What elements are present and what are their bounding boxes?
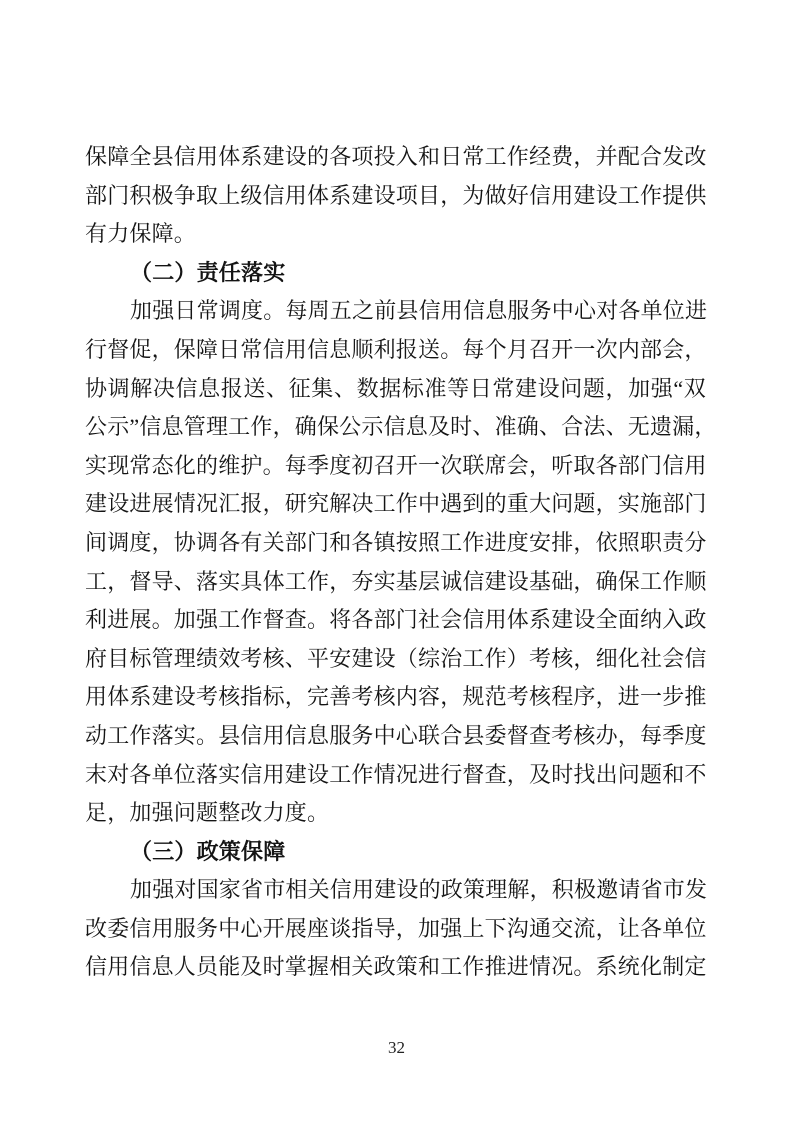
section-heading-3: （三）政策保障 [85,833,706,872]
body-line: 府目标管理绩效考核、平安建设（综治工作）考核，细化社会信 [85,640,706,679]
body-line: 信用信息人员能及时掌握相关政策和工作推进情况。系统化制定 [85,948,706,987]
body-line: 协调解决信息报送、征集、数据标准等日常建设问题，加强“双 [85,370,706,409]
body-line: 动工作落实。县信用信息服务中心联合县委督查考核办，每季度 [85,717,706,756]
text-block: 保障全县信用体系建设的各项投入和日常工作经费，并配合发改 部门积极争取上级信用体… [85,138,706,987]
body-line: 加强对国家省市相关信用建设的政策理解，积极邀请省市发 [85,871,706,910]
body-line: 改委信用服务中心开展座谈指导，加强上下沟通交流，让各单位 [85,910,706,949]
body-line: 有力保障。 [85,215,706,254]
section-heading-2: （二）责任落实 [85,254,706,293]
body-line: 间调度，协调各有关部门和各镇按照工作进度安排，依照职责分 [85,524,706,563]
body-line: 部门积极争取上级信用体系建设项目，为做好信用建设工作提供 [85,177,706,216]
body-line: 行督促，保障日常信用信息顺利报送。每个月召开一次内部会， [85,331,706,370]
body-line: 工，督导、落实具体工作，夯实基层诚信建设基础，确保工作顺 [85,563,706,602]
body-line: 实现常态化的维护。每季度初召开一次联席会，听取各部门信用 [85,447,706,486]
body-line: 利进展。加强工作督查。将各部门社会信用体系建设全面纳入政 [85,601,706,640]
body-line: 保障全县信用体系建设的各项投入和日常工作经费，并配合发改 [85,138,706,177]
page-number: 32 [0,1037,793,1059]
body-line: 用体系建设考核指标，完善考核内容，规范考核程序，进一步推 [85,678,706,717]
body-line: 末对各单位落实信用建设工作情况进行督查，及时找出问题和不 [85,756,706,795]
body-line: 公示”信息管理工作，确保公示信息及时、准确、合法、无遗漏， [85,408,706,447]
body-line: 加强日常调度。每周五之前县信用信息服务中心对各单位进 [85,292,706,331]
document-page: 保障全县信用体系建设的各项投入和日常工作经费，并配合发改 部门积极争取上级信用体… [0,0,793,1122]
body-line: 建设进展情况汇报，研究解决工作中遇到的重大问题，实施部门 [85,485,706,524]
body-line: 足，加强问题整改力度。 [85,794,706,833]
